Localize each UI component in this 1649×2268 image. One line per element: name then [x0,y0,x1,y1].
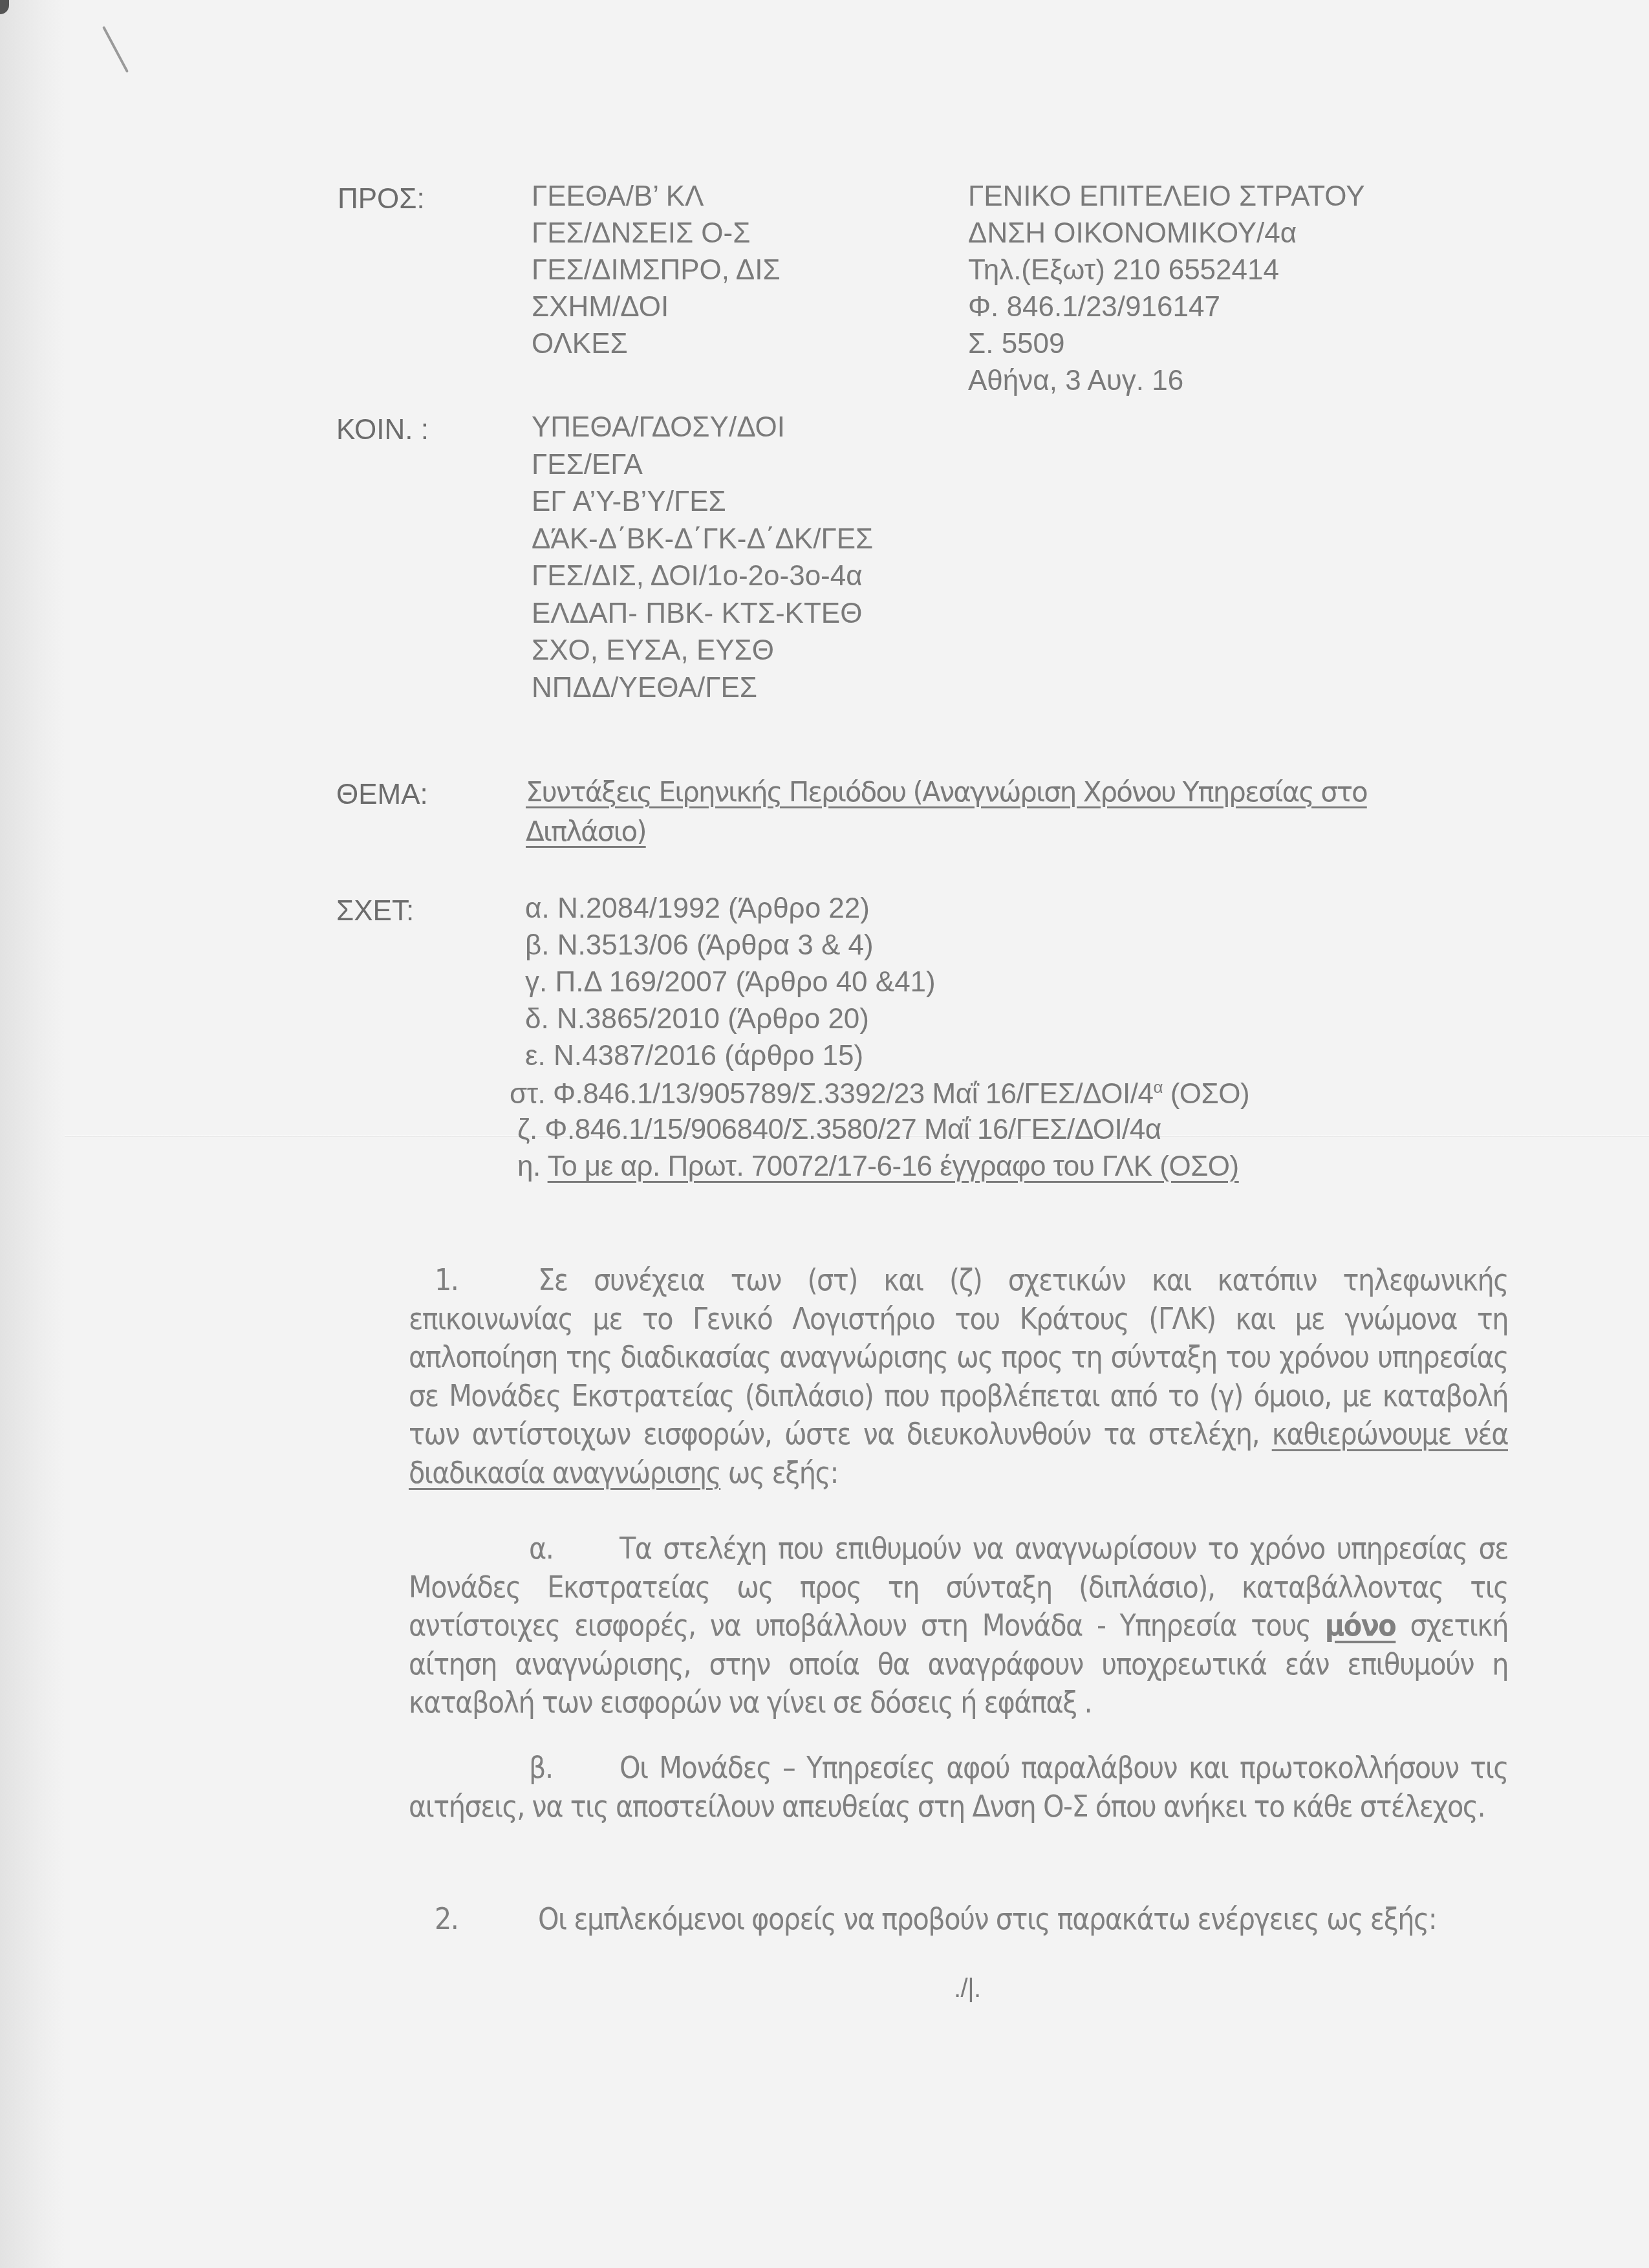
subject-label: ΘΕΜΑ: [336,779,428,811]
paragraph-a-emphasis: μόνο [1325,1608,1396,1643]
cc-list: ΥΠΕΘΑ/ΓΔΟΣΥ/ΔΟΙ ΓΕΣ/ΕΓΑ ΕΓ Α’Υ-Β’Υ/ΓΕΣ Δ… [532,409,873,706]
reference-item: γ. Π.Δ 169/2007 (Άρθρο 40 &41) [525,964,936,1000]
paragraph-2-text: Οι εμπλεκόμενοι φορείς να προβούν στις π… [538,1901,1436,1936]
paragraph-a: α.Τα στελέχη που επιθυμούν να αναγνωρίσο… [409,1529,1508,1722]
cc-item: ΥΠΕΘΑ/ΓΔΟΣΥ/ΔΟΙ [532,409,873,446]
paragraph-b: β.Οι Μονάδες – Υπηρεσίες αφού παραλάβουν… [409,1749,1508,1826]
sender-phone: Τηλ.(Εξωτ) 210 6552414 [968,252,1365,288]
subject-line-1: Συντάξεις Ειρηνικής Περιόδου (Αναγνώριση… [526,779,1367,806]
cc-item: ΝΠΔΔ/ΥΕΘΑ/ΓΕΣ [532,669,873,707]
paragraph-1: 1.Σε συνέχεια των (στ) και (ζ) σχετικών … [409,1261,1508,1492]
cc-label: ΚΟΙΝ. : [336,414,429,446]
to-item: ΓΕΕΘΑ/Β’ ΚΛ [532,178,781,215]
reference-st-superscript: α [1153,1077,1163,1097]
reference-item-st: στ. Φ.846.1/13/905789/Σ.3392/23 Μαΐ 16/Γ… [510,1079,1249,1108]
paragraph-2: 2.Οι εμπλεκόμενοι φορείς να προβούν στις… [409,1900,1508,1939]
cc-item: ΕΓ Α’Υ-Β’Υ/ΓΕΣ [532,483,873,521]
to-item: ΓΕΣ/ΔΝΣΕΙΣ Ο-Σ [532,215,781,252]
reference-h-prefix: η. [517,1150,548,1182]
cc-item: ΓΕΣ/ΕΓΑ [532,446,873,484]
reference-item: ε. Ν.4387/2016 (άρθρο 15) [525,1037,936,1074]
to-item: ΟΛΚΕΣ [532,325,781,362]
reference-item-h: η. Το με αρ. Πρωτ. 70072/17-6-16 έγγραφο… [517,1152,1239,1181]
to-item: ΣΧΗΜ/ΔΟΙ [532,288,781,325]
reference-item: β. Ν.3513/06 (Άρθρα 3 & 4) [525,927,936,964]
reference-item: δ. Ν.3865/2010 (Άρθρο 20) [525,1000,936,1037]
page-continuation-mark: ./|. [954,1976,981,2002]
to-item: ΓΕΣ/ΔΙΜΣΠΡΟ, ΔΙΣ [532,252,781,288]
sender-serial: Σ. 5509 [968,325,1365,362]
cc-item: ΓΕΣ/ΔΙΣ, ΔΟΙ/1ο-2ο-3ο-4α [532,557,873,595]
staple-mark [102,26,129,73]
cc-item: ΕΛΔΑΠ- ΠΒΚ- ΚΤΣ-ΚΤΕΘ [532,595,873,632]
paragraph-2-number: 2. [435,1900,538,1939]
reference-st-main: στ. Φ.846.1/13/905789/Σ.3392/23 Μαΐ 16/Γ… [510,1078,1153,1110]
paragraph-1-number: 1. [435,1261,538,1300]
cc-item: ΣΧΟ, ΕΥΣΑ, ΕΥΣΘ [532,632,873,669]
reference-item: α. Ν.2084/1992 (Άρθρο 22) [525,890,936,927]
reference-item-z: ζ. Φ.846.1/15/906840/Σ.3580/27 Μαΐ 16/ΓΕ… [517,1116,1161,1144]
sender-block: ΓΕΝΙΚΟ ΕΠΙΤΕΛΕΙΟ ΣΤΡΑΤΟΥ ΔΝΣΗ ΟΙΚΟΝΟΜΙΚΟ… [968,178,1365,399]
paragraph-b-number: β. [529,1749,620,1787]
references-label: ΣΧΕΤ: [336,895,414,927]
reference-st-tail: (ΟΣΟ) [1163,1078,1249,1110]
cc-item: ΔΆΚ-Δ΄ΒΚ-Δ΄ΓΚ-Δ΄ΔΚ/ΓΕΣ [532,521,873,558]
to-label: ΠΡΟΣ: [338,183,425,215]
scan-edge-shadow [0,0,65,2268]
sender-organization: ΓΕΝΙΚΟ ΕΠΙΤΕΛΕΙΟ ΣΤΡΑΤΟΥ [968,178,1365,215]
to-list: ΓΕΕΘΑ/Β’ ΚΛ ΓΕΣ/ΔΝΣΕΙΣ Ο-Σ ΓΕΣ/ΔΙΜΣΠΡΟ, … [532,178,781,362]
sender-place-date: Αθήνα, 3 Αυγ. 16 [968,362,1365,399]
references-list: α. Ν.2084/1992 (Άρθρο 22) β. Ν.3513/06 (… [525,890,936,1074]
subject-line-2: Διπλάσιο) [526,818,646,845]
paragraph-1-tail: ως εξής: [720,1455,838,1490]
paragraph-a-number: α. [529,1529,620,1568]
reference-h-document: Το με αρ. Πρωτ. 70072/17-6-16 έγγραφο το… [548,1150,1239,1182]
sender-file-ref: Φ. 846.1/23/916147 [968,288,1365,325]
sender-department: ΔΝΣΗ ΟΙΚΟΝΟΜΙΚΟΥ/4α [968,215,1365,252]
